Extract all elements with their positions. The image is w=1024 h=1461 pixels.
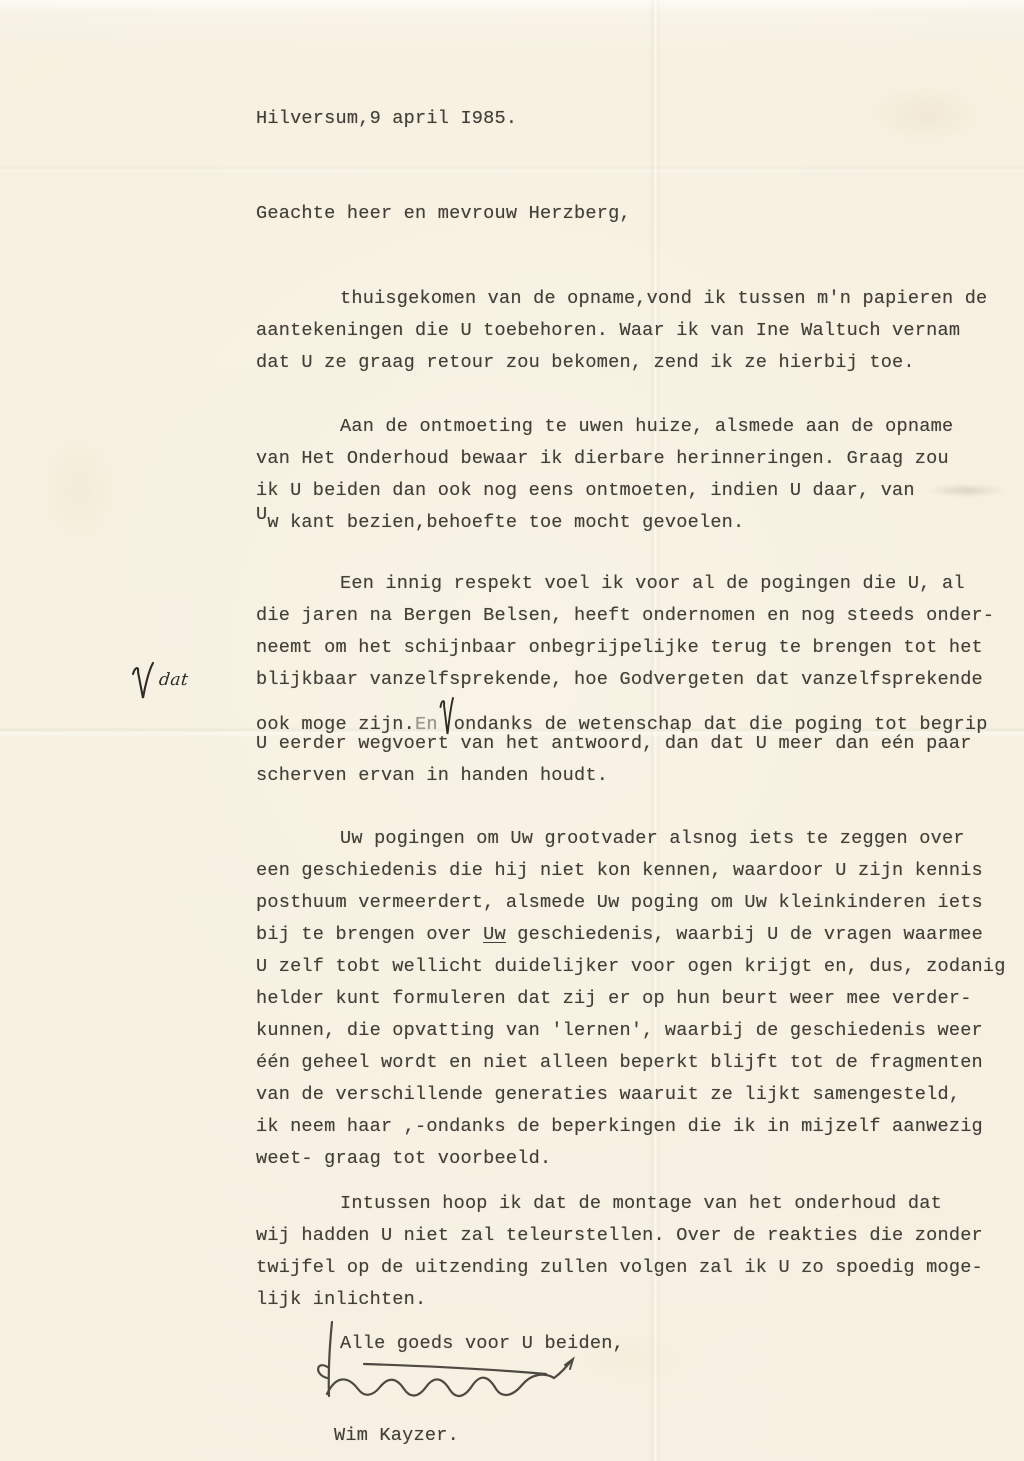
letter-line: één geheel wordt en niet alleen beperkt … bbox=[256, 1047, 1018, 1079]
date-line: Hilversum,9 april I985. bbox=[256, 103, 1018, 135]
erased-text-smudge bbox=[927, 484, 1005, 497]
letter-line: helder kunt formuleren dat zij er op hun… bbox=[256, 983, 1018, 1015]
letter-line: dat U ze graag retour zou bekomen, zend … bbox=[256, 347, 1018, 379]
letter-paragraph: Aan de ontmoeting te uwen huize, alsmede… bbox=[256, 411, 1018, 539]
letter-line: Intussen hoop ik dat de montage van het … bbox=[256, 1188, 1018, 1220]
letter-line: Uw kant bezien,behoefte toe mocht gevoel… bbox=[256, 507, 1018, 539]
handwritten-margin-note: dat bbox=[131, 660, 211, 706]
letter-line: die jaren na Bergen Belsen, heeft ondern… bbox=[256, 600, 1018, 632]
letter-line: ik neem haar ,-ondanks de beperkingen di… bbox=[256, 1111, 1018, 1143]
letter-line: Een innig respekt voel ik voor al de pog… bbox=[256, 568, 1018, 600]
letter-line: lijk inlichten. bbox=[256, 1284, 1018, 1316]
letter-paragraph: Een innig respekt voel ik voor al de pog… bbox=[256, 568, 1018, 792]
letter-body: Hilversum,9 april I985. Geachte heer en … bbox=[256, 103, 1018, 1452]
letter-line: een geschiedenis die hij niet kon kennen… bbox=[256, 855, 1018, 887]
paper-stain bbox=[40, 430, 120, 550]
typed-signature-name: Wim Kayzer. bbox=[256, 1420, 1018, 1452]
letter-line: bij te brengen over Uw geschiedenis, waa… bbox=[256, 919, 1018, 951]
letter-line: U eerder wegvoert van het antwoord, dan … bbox=[256, 728, 1018, 760]
letter-line: twijfel op de uitzending zullen volgen z… bbox=[256, 1252, 1018, 1284]
letter-paragraph: Intussen hoop ik dat de montage van het … bbox=[256, 1188, 1018, 1316]
letter-line: wij hadden U niet zal teleurstellen. Ove… bbox=[256, 1220, 1018, 1252]
letter-line: kunnen, die opvatting van 'lernen', waar… bbox=[256, 1015, 1018, 1047]
scan-edge bbox=[0, 0, 1024, 12]
salutation: Geachte heer en mevrouw Herzberg, bbox=[256, 198, 1018, 230]
checkmark-caret-icon bbox=[131, 660, 157, 704]
letter-line: weet- graag tot voorbeeld. bbox=[256, 1143, 1018, 1175]
scanned-letter-page: Hilversum,9 april I985. Geachte heer en … bbox=[0, 0, 1024, 1461]
letter-line: blijkbaar vanzelfsprekende, hoe Godverge… bbox=[256, 664, 1018, 696]
letter-line: Aan de ontmoeting te uwen huize, alsmede… bbox=[256, 411, 1018, 443]
margin-note-word: dat bbox=[158, 670, 189, 690]
letter-line: ook moge zijn.Enondanks de wetenschap da… bbox=[256, 696, 1018, 728]
letter-line: van de verschillende generaties waaruit … bbox=[256, 1079, 1018, 1111]
letter-line: thuisgekomen van de opname,vond ik tusse… bbox=[256, 283, 1018, 315]
letter-line: van Het Onderhoud bewaar ik dierbare her… bbox=[256, 443, 1018, 475]
closing-line: Alle goeds voor U beiden, bbox=[256, 1328, 1018, 1360]
letter-line: ik U beiden dan ook nog eens ontmoeten, … bbox=[256, 475, 1018, 507]
letter-line: posthuum vermeerdert, alsmede Uw poging … bbox=[256, 887, 1018, 919]
letter-line: neemt om het schijnbaar onbegrijpelijke … bbox=[256, 632, 1018, 664]
letter-line: scherven ervan in handen houdt. bbox=[256, 760, 1018, 792]
letter-paragraphs: thuisgekomen van de opname,vond ik tusse… bbox=[256, 283, 1018, 1316]
letter-line: U zelf tobt wellicht duidelijker voor og… bbox=[256, 951, 1018, 983]
letter-paragraph: thuisgekomen van de opname,vond ik tusse… bbox=[256, 283, 1018, 379]
letter-paragraph: Uw pogingen om Uw grootvader alsnog iets… bbox=[256, 823, 1018, 1175]
letter-line: aantekeningen die U toebehoren. Waar ik … bbox=[256, 315, 1018, 347]
letter-line: Uw pogingen om Uw grootvader alsnog iets… bbox=[256, 823, 1018, 855]
